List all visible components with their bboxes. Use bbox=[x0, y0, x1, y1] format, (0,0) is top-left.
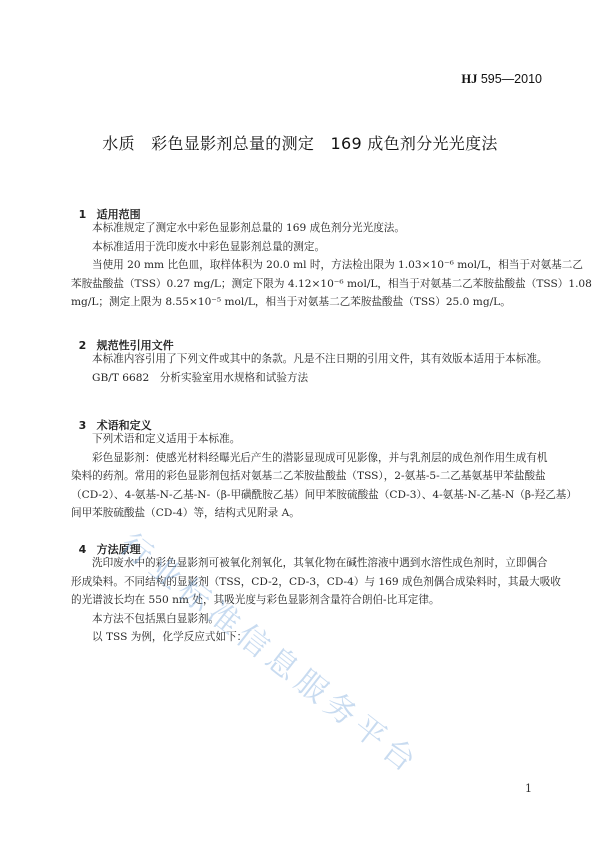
standard-prefix: HJ bbox=[461, 72, 477, 86]
document-title: 水质 彩色显影剂总量的测定 169 成色剂分光光度法 bbox=[0, 131, 600, 154]
paragraph-line: 本标准规定了测定水中彩色显影剂总量的 169 成色剂分光光度法。 bbox=[71, 219, 531, 238]
section-body-normative-references: 本标准内容引用了下列文件或其中的条款。凡是不注日期的引用文件，其有效版本适用于本… bbox=[71, 350, 531, 387]
paragraph-line: mg/L；测定上限为 8.55×10⁻⁵ mol/L，相当于对氨基二乙苯胺盐酸盐… bbox=[71, 293, 531, 312]
paragraph-line: 以 TSS 为例，化学反应式如下： bbox=[71, 628, 531, 647]
paragraph-line: 下列术语和定义适用于本标准。 bbox=[71, 430, 531, 449]
paragraph-line: （CD-2）、4-氨基-N-乙基-N-（β-甲磺酰胺乙基）间甲苯胺硫酸盐（CD-… bbox=[71, 486, 531, 505]
page-number: 1 bbox=[525, 782, 532, 795]
paragraph-line: 染料的药剂。常用的彩色显影剂包括对氨基二乙苯胺盐酸盐（TSS），2-氨基-5-二… bbox=[71, 467, 531, 486]
paragraph-line: 本标准内容引用了下列文件或其中的条款。凡是不注日期的引用文件，其有效版本适用于本… bbox=[71, 350, 531, 369]
standard-code: HJ 595—2010 bbox=[461, 72, 542, 87]
section-heading-principle: 4方法原理 bbox=[71, 528, 141, 557]
paragraph-line: 的光谱波长均在 550 nm 处，其吸光度与彩色显影剂含量符合朗伯-比耳定律。 bbox=[71, 591, 531, 610]
section-heading-terms: 3术语和定义 bbox=[71, 404, 152, 433]
paragraph-line: 形成染料。不同结构的显影剂（TSS，CD-2，CD-3，CD-4）与 169 成… bbox=[71, 573, 531, 592]
paragraph-line: 洗印废水中的彩色显影剂可被氧化剂氧化，其氧化物在碱性溶液中遇到水溶性成色剂时，立… bbox=[71, 554, 531, 573]
section-body-scope: 本标准规定了测定水中彩色显影剂总量的 169 成色剂分光光度法。 本标准适用于洗… bbox=[71, 219, 531, 312]
section-heading-scope: 1适用范围 bbox=[71, 193, 141, 222]
paragraph-line: 间甲苯胺硫酸盐（CD-4）等，结构式见附录 A。 bbox=[71, 504, 531, 523]
section-body-terms: 下列术语和定义适用于本标准。 彩色显影剂：使感光材料经曝光后产生的潜影显现成可见… bbox=[71, 430, 531, 523]
standard-number: 595—2010 bbox=[481, 72, 542, 86]
section-body-principle: 洗印废水中的彩色显影剂可被氧化剂氧化，其氧化物在碱性溶液中遇到水溶性成色剂时，立… bbox=[71, 554, 531, 647]
reference-item: GB/T 6682 分析实验室用水规格和试验方法 bbox=[71, 369, 531, 388]
paragraph-line: 本标准适用于洗印废水中彩色显影剂总量的测定。 bbox=[71, 238, 531, 257]
paragraph-line: 苯胺盐酸盐（TSS）0.27 mg/L；测定下限为 4.12×10⁻⁶ mol/… bbox=[71, 275, 531, 294]
section-heading-normative-references: 2规范性引用文件 bbox=[71, 324, 174, 353]
paragraph-line: 当使用 20 mm 比色皿，取样体积为 20.0 ml 时，方法检出限为 1.0… bbox=[71, 256, 531, 275]
paragraph-line: 彩色显影剂：使感光材料经曝光后产生的潜影显现成可见影像，并与乳剂层的成色剂作用生… bbox=[71, 449, 531, 468]
paragraph-line: 本方法不包括黑白显影剂。 bbox=[71, 610, 531, 629]
